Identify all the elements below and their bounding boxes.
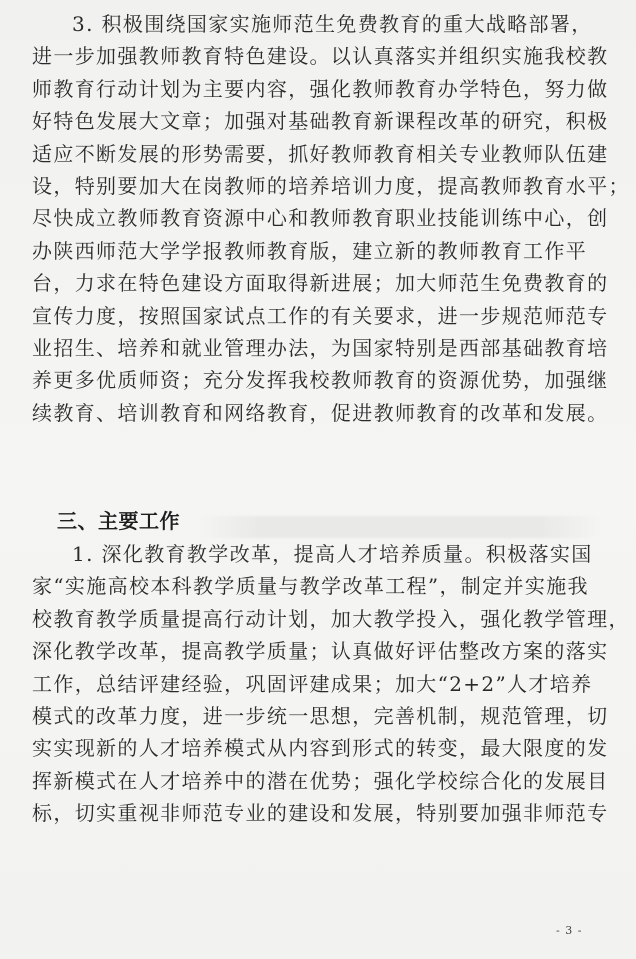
text-line: 工作，总结评建经验，巩固评建成果；加大“2+2”人才培养 xyxy=(32,668,608,700)
text-line: 模式的改革力度，进一步统一思想，完善机制，规范管理，切 xyxy=(32,700,608,732)
text-line: 尽快成立教师教育资源中心和教师教育职业技能训练中心，创 xyxy=(32,202,608,234)
reverse-side-bleed-through xyxy=(200,516,600,538)
page-number: - 3 - xyxy=(556,924,582,937)
text-line: 宣传力度，按照国家试点工作的有关要求，进一步规范师范专 xyxy=(32,300,608,332)
text-line: 好特色发展大文章；加强对基础教育新课程改革的研究，积极 xyxy=(32,105,608,137)
text-line: 校教育教学质量提高行动计划，加大教学投入，强化教学管理， xyxy=(32,603,608,635)
text-line: 进一步加强教师教育特色建设。以认真落实并组织实施我校教 xyxy=(32,40,608,72)
text-line: 养更多优质师资；充分发挥我校教师教育的资源优势，加强继 xyxy=(32,364,608,396)
text-line: 业招生、培养和就业管理办法，为国家特别是西部基础教育培 xyxy=(32,332,608,364)
text-line: 实实现新的人才培养模式从内容到形式的转变，最大限度的发 xyxy=(32,732,608,764)
text-line: 标，切实重视非师范专业的建设和发展，特别要加强非师范专 xyxy=(32,797,608,829)
text-line: 办陕西师范大学学报教师教育版，建立新的教师教育工作平 xyxy=(32,235,608,267)
text-line: 3. 积极围绕国家实施师范生免费教育的重大战略部署， xyxy=(32,8,608,40)
text-line: 挥新模式在人才培养中的潜在优势；强化学校综合化的发展目 xyxy=(32,765,608,797)
paragraph-teacher-education-features: 3. 积极围绕国家实施师范生免费教育的重大战略部署， 进一步加强教师教育特色建设… xyxy=(32,8,608,429)
section-heading-main-work: 三、主要工作 xyxy=(57,507,180,535)
text-line: 适应不断发展的形势需要，抓好教师教育相关专业教师队伍建 xyxy=(32,138,608,170)
paragraph-teaching-reform: 1. 深化教育教学改革，提高人才培养质量。积极落实国 家“实施高校本科教学质量与… xyxy=(32,538,608,830)
text-line: 深化教学改革，提高教学质量；认真做好评估整改方案的落实 xyxy=(32,635,608,667)
text-line: 1. 深化教育教学改革，提高人才培养质量。积极落实国 xyxy=(32,538,608,570)
text-line: 师教育行动计划为主要内容，强化教师教育办学特色，努力做 xyxy=(32,73,608,105)
text-line: 续教育、培训教育和网络教育，促进教师教育的改革和发展。 xyxy=(32,397,608,429)
text-line: 设，特别要加大在岗教师的培养培训力度，提高教师教育水平； xyxy=(32,170,608,202)
scanned-page: 3. 积极围绕国家实施师范生免费教育的重大战略部署， 进一步加强教师教育特色建设… xyxy=(0,0,636,959)
text-line: 家“实施高校本科教学质量与教学改革工程”，制定并实施我 xyxy=(32,570,608,602)
text-line: 台，力求在特色建设方面取得新进展；加大师范生免费教育的 xyxy=(32,267,608,299)
